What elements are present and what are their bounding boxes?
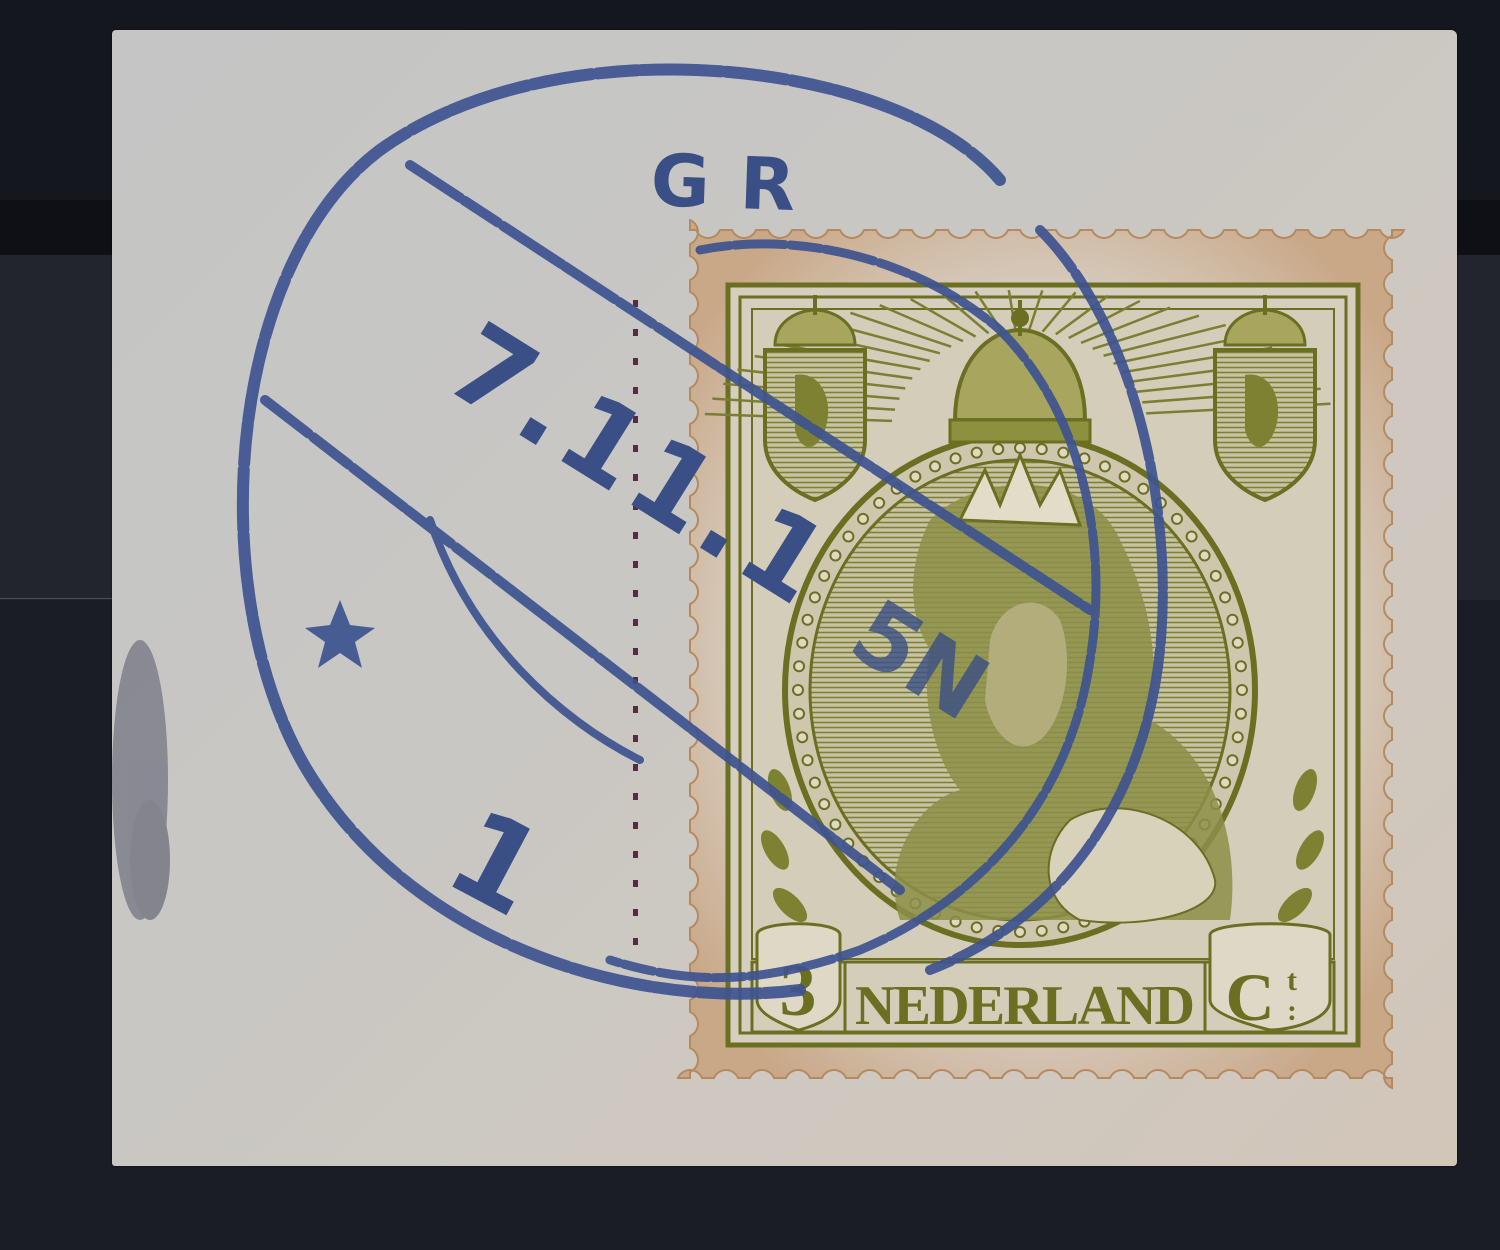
stamp-scene: 3 NEDERLAND C t : GR 7.11.1 5N 1 bbox=[0, 0, 1500, 1250]
star-icon bbox=[305, 600, 375, 668]
svg-text::: : bbox=[1287, 994, 1297, 1027]
coat-of-arms-left bbox=[765, 295, 865, 500]
stamp: 3 NEDERLAND C t : bbox=[678, 220, 1404, 1088]
postmark-town: GR bbox=[649, 138, 826, 228]
stamp-currency-suffix: t bbox=[1287, 964, 1297, 997]
postmark-office-number: 1 bbox=[426, 783, 565, 945]
stamp-country-name: NEDERLAND bbox=[855, 975, 1195, 1037]
coat-of-arms-right bbox=[1215, 295, 1315, 500]
ink-smudge-left bbox=[112, 640, 170, 920]
stamp-currency-c: C bbox=[1225, 959, 1274, 1035]
